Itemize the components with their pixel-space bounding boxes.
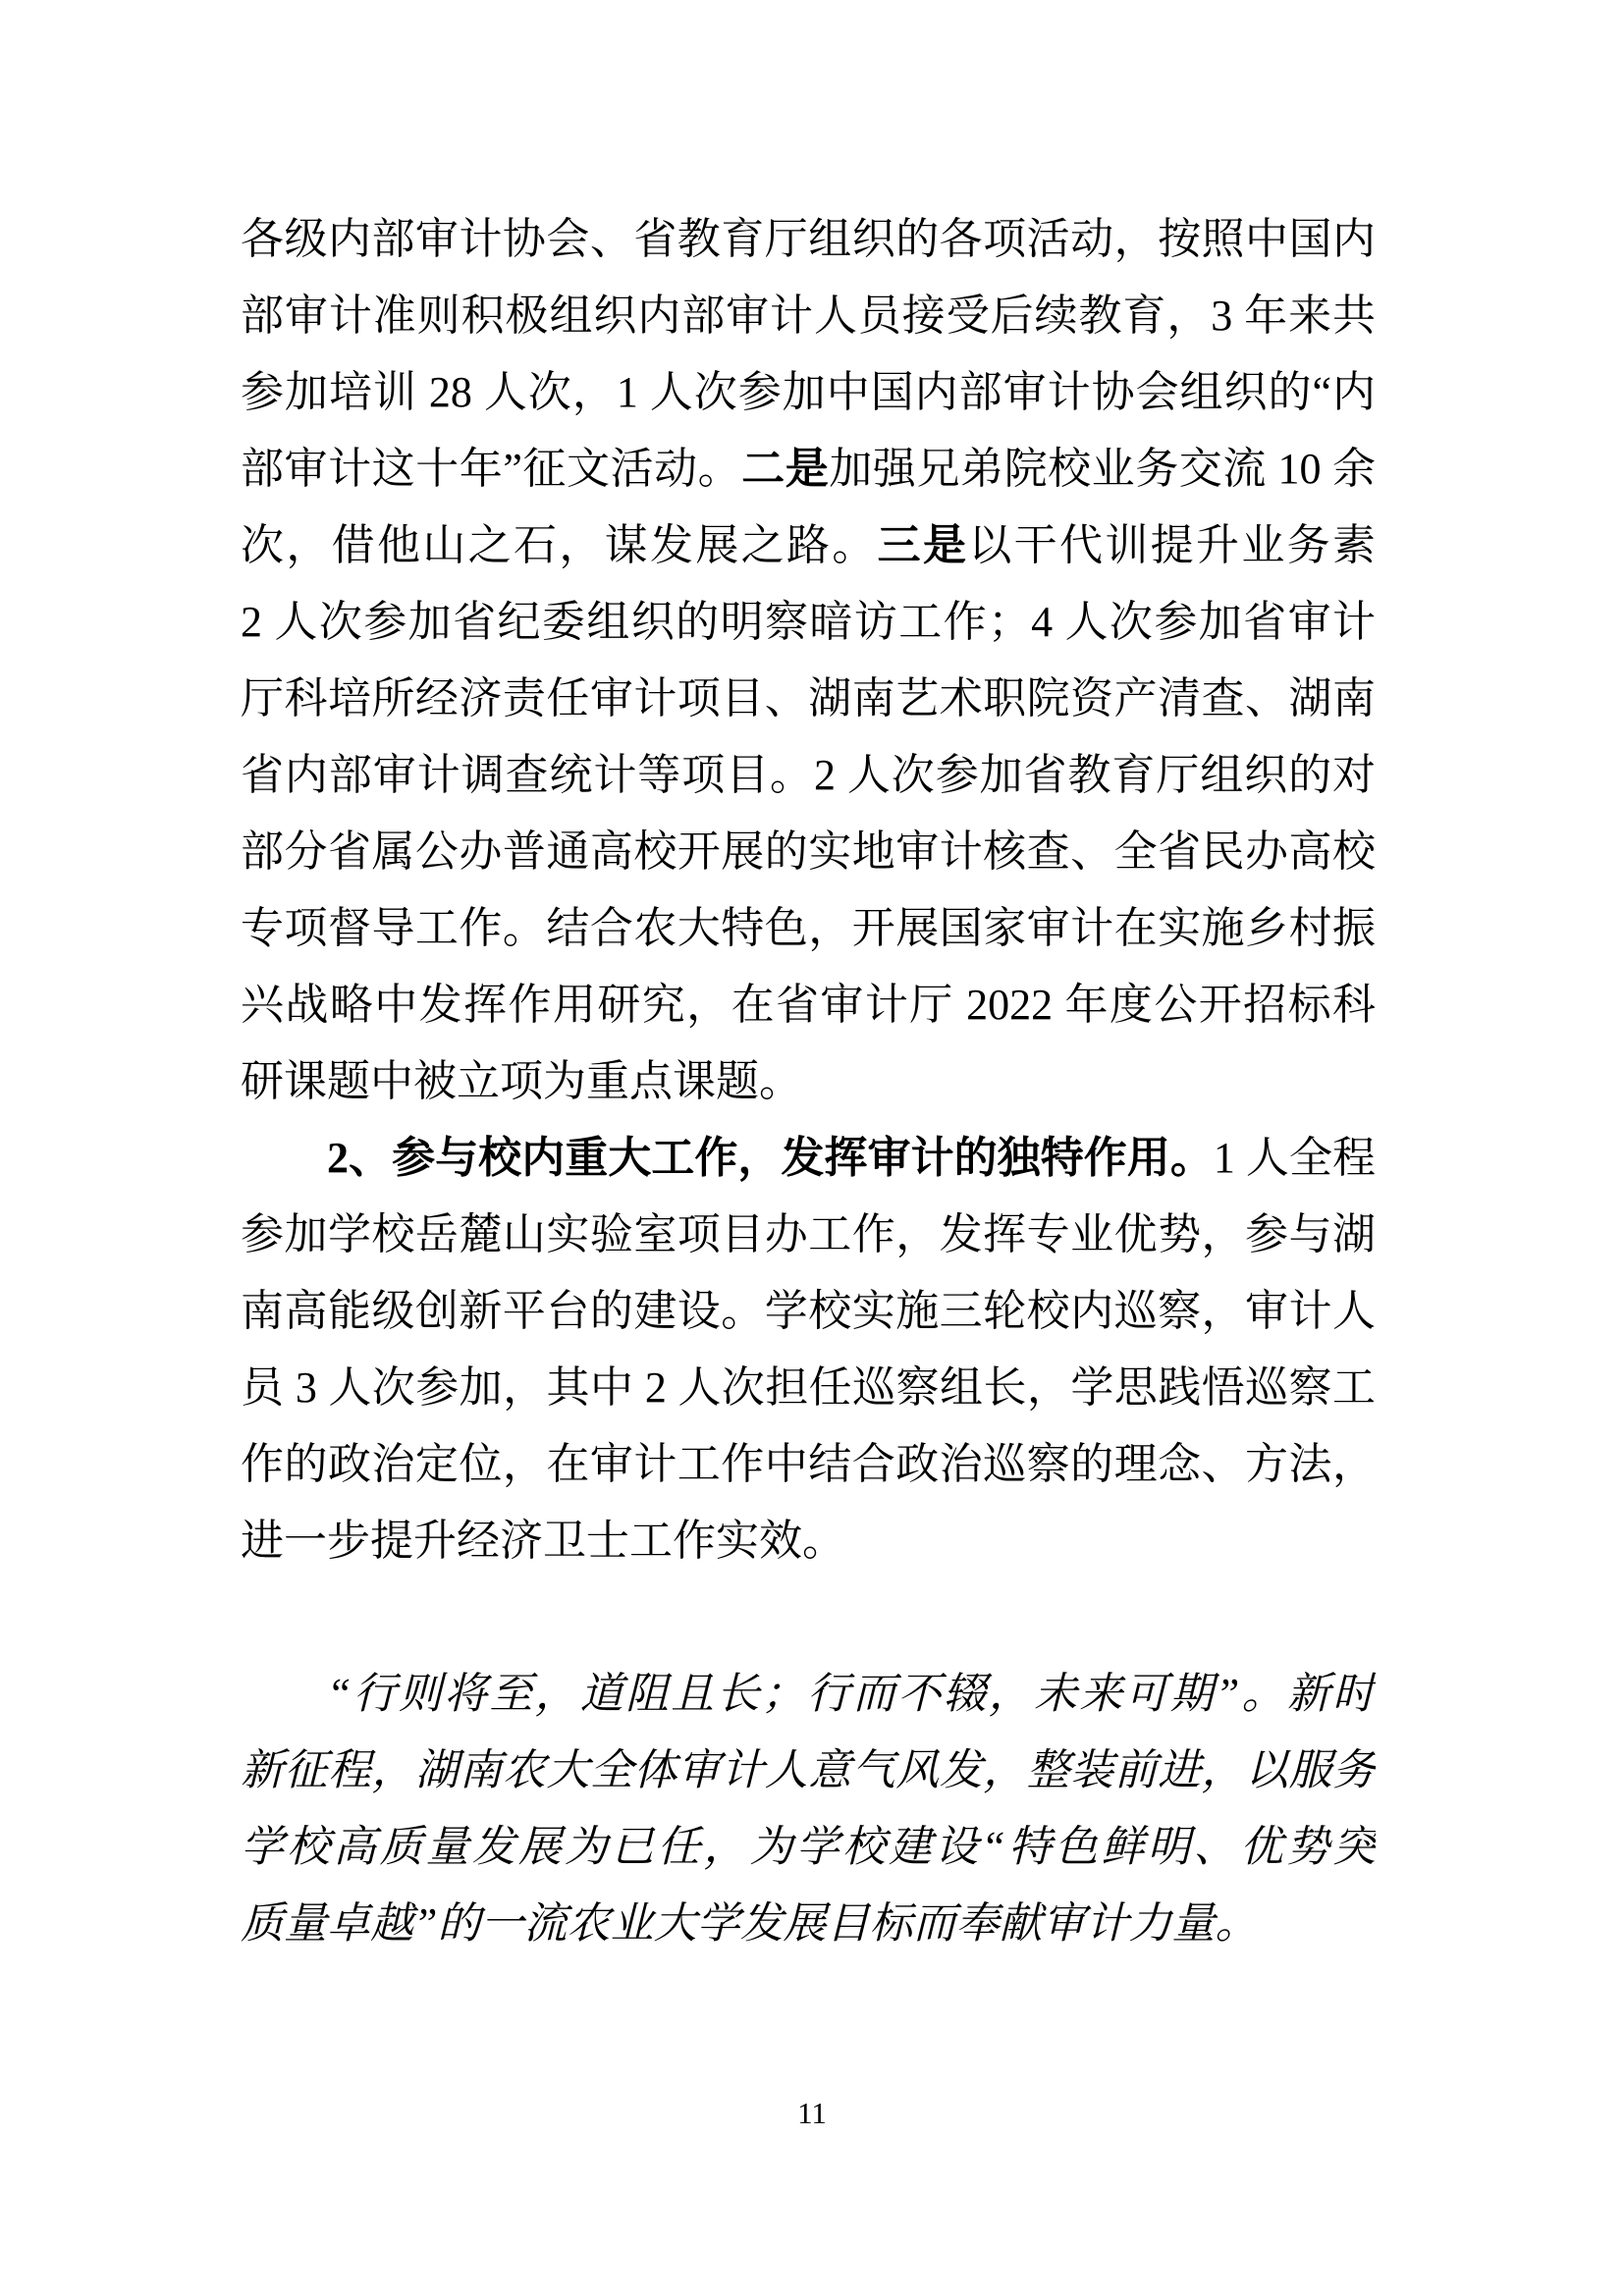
text-line: 2、参与校内重大工作，发挥审计的独特作用。1 人全程	[241, 1120, 1376, 1197]
text-segment: 2 人次参加省纪委组织的明察暗访工作；4 人次参加省审计	[241, 598, 1376, 646]
text-segment: 学校高质量发展为已任，为学校建设“特色鲜明、优势突出、	[241, 1823, 1376, 1886]
text-line: 部分省属公办普通高校开展的实地审计核查、全省民办高校	[241, 814, 1376, 890]
text-segment: “行则将至，道阻且长；行而不辍，未来可期”。新时代、	[241, 1670, 1376, 1733]
text-segment: 南高能级创新平台的建设。学校实施三轮校内巡察，审计人	[241, 1287, 1376, 1335]
text-block: 各级内部审计协会、省教育厅组织的各项活动，按照中国内 部审计准则积极组织内部审计…	[241, 201, 1376, 1962]
text-line: 2 人次参加省纪委组织的明察暗访工作；4 人次参加省审计	[241, 584, 1376, 661]
bold-marker-erShi: 二是	[741, 445, 829, 493]
text-line: 参加学校岳麓山实验室项目办工作，发挥专业优势，参与湖	[241, 1197, 1376, 1273]
paragraph-closing-quote: “行则将至，道阻且长；行而不辍，未来可期”。新时代、 新征程，湖南农大全体审计人…	[241, 1656, 1376, 1962]
text-line: 作的政治定位，在审计工作中结合政治巡察的理念、方法，	[241, 1426, 1376, 1503]
page-number: 11	[0, 2097, 1624, 2130]
subheading-2: 2、参与校内重大工作，发挥审计的独特作用。	[327, 1134, 1214, 1182]
text-line: “行则将至，道阻且长；行而不辍，未来可期”。新时代、	[241, 1656, 1376, 1733]
text-line: 员 3 人次参加，其中 2 人次担任巡察组长，学思践悟巡察工	[241, 1350, 1376, 1426]
text-segment: 省内部审计调查统计等项目。2 人次参加省教育厅组织的对	[241, 751, 1376, 799]
text-segment: 部分省属公办普通高校开展的实地审计核查、全省民办高校	[241, 828, 1376, 876]
text-line: 部审计这十年”征文活动。二是加强兄弟院校业务交流 10 余	[241, 431, 1376, 507]
text-line: 厅科培所经济责任审计项目、湖南艺术职院资产清查、湖南	[241, 661, 1376, 737]
paragraph-campus-major-work: 2、参与校内重大工作，发挥审计的独特作用。1 人全程 参加学校岳麓山实验室项目办…	[241, 1120, 1376, 1579]
text-line: 南高能级创新平台的建设。学校实施三轮校内巡察，审计人	[241, 1273, 1376, 1350]
text-segment: 次，借他山之石，谋发展之路。	[241, 521, 878, 569]
text-segment: 员 3 人次参加，其中 2 人次担任巡察组长，学思践悟巡察工	[241, 1363, 1376, 1412]
document-page: 各级内部审计协会、省教育厅组织的各项活动，按照中国内 部审计准则积极组织内部审计…	[0, 0, 1624, 2296]
text-segment: 加强兄弟院校业务交流 10 余	[829, 445, 1376, 493]
text-line: 质量卓越”的一流农业大学发展目标而奉献审计力量。	[241, 1886, 1376, 1962]
text-line: 部审计准则积极组织内部审计人员接受后续教育，3 年来共	[241, 278, 1376, 354]
text-line: 进一步提升经济卫士工作实效。	[241, 1503, 1376, 1579]
text-segment: 部审计准则积极组织内部审计人员接受后续教育，3 年来共	[241, 292, 1376, 340]
text-segment: 各级内部审计协会、省教育厅组织的各项活动，按照中国内	[241, 215, 1376, 263]
text-line: 各级内部审计协会、省教育厅组织的各项活动，按照中国内	[241, 201, 1376, 278]
bold-marker-sanShi: 三是	[878, 521, 969, 569]
text-segment: 专项督导工作。结合农大特色，开展国家审计在实施乡村振	[241, 904, 1376, 952]
text-line: 参加培训 28 人次，1 人次参加中国内部审计协会组织的“内	[241, 354, 1376, 431]
text-line: 次，借他山之石，谋发展之路。三是以干代训提升业务素养，	[241, 507, 1376, 584]
text-line: 学校高质量发展为已任，为学校建设“特色鲜明、优势突出、	[241, 1809, 1376, 1886]
text-segment: 参加培训 28 人次，1 人次参加中国内部审计协会组织的“内	[241, 368, 1376, 416]
text-segment: 部审计这十年”征文活动。	[241, 445, 741, 493]
text-line: 专项督导工作。结合农大特色，开展国家审计在实施乡村振	[241, 890, 1376, 967]
text-segment: 厅科培所经济责任审计项目、湖南艺术职院资产清查、湖南	[241, 674, 1376, 722]
text-line: 研课题中被立项为重点课题。	[241, 1043, 1376, 1120]
paragraph-audit-training: 各级内部审计协会、省教育厅组织的各项活动，按照中国内 部审计准则积极组织内部审计…	[241, 201, 1376, 1120]
text-segment: 研课题中被立项为重点课题。	[241, 1057, 802, 1105]
text-segment: 新征程，湖南农大全体审计人意气风发，整装前进，以服务	[241, 1746, 1376, 1794]
text-line: 新征程，湖南农大全体审计人意气风发，整装前进，以服务	[241, 1733, 1376, 1809]
text-segment: 1 人全程	[1214, 1134, 1376, 1182]
text-segment: 进一步提升经济卫士工作实效。	[241, 1517, 845, 1565]
text-segment: 参加学校岳麓山实验室项目办工作，发挥专业优势，参与湖	[241, 1210, 1376, 1258]
text-line: 省内部审计调查统计等项目。2 人次参加省教育厅组织的对	[241, 737, 1376, 814]
text-segment: 兴战略中发挥作用研究，在省审计厅 2022 年度公开招标科	[241, 981, 1376, 1029]
text-segment: 质量卓越”的一流农业大学发展目标而奉献审计力量。	[241, 1899, 1258, 1948]
text-segment: 作的政治定位，在审计工作中结合政治巡察的理念、方法，	[241, 1440, 1376, 1488]
text-line: 兴战略中发挥作用研究，在省审计厅 2022 年度公开招标科	[241, 967, 1376, 1043]
